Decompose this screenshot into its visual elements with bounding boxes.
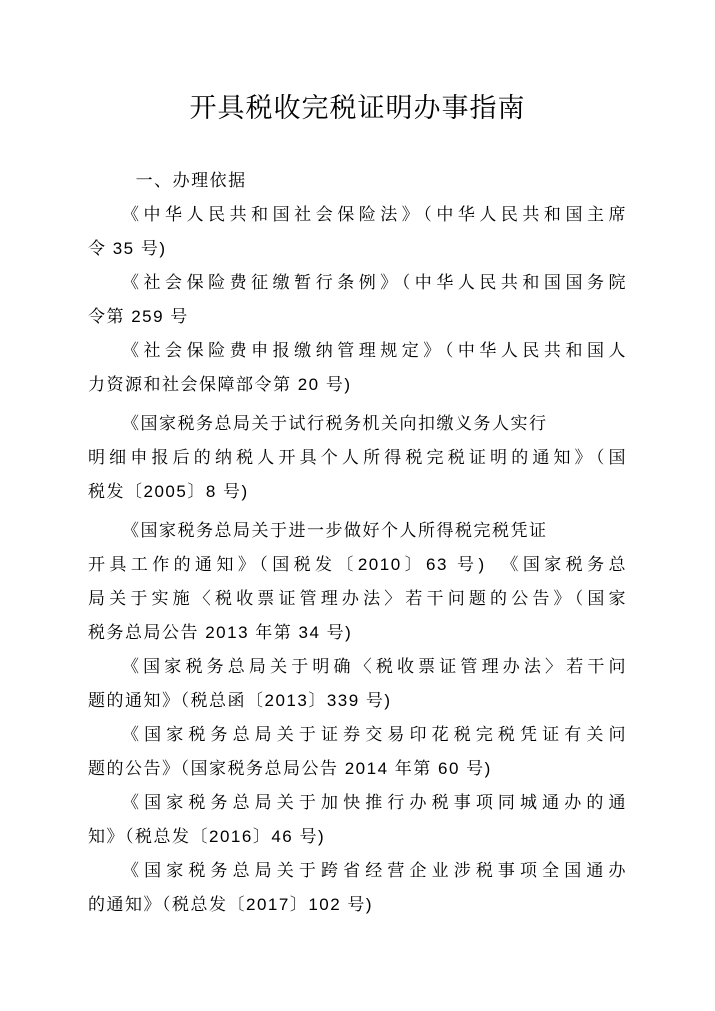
document-text-line: 开具工作的通知》（国税发〔2010〕63 号) 《国家税务总 [88, 548, 627, 582]
document-text-line: 的通知》（税总发〔2017〕102 号) [88, 888, 627, 922]
document-text-line: 《社会保险费征缴暂行条例》（中华人民共和国国务院 [88, 266, 627, 300]
document-text-line: 税务总局公告 2013 年第 34 号) [88, 616, 627, 650]
document-page: 开具税收完税证明办事指南 一、办理依据 《中华人民共和国社会保险法》（中华人民共… [0, 0, 715, 1011]
document-text-line: 《国家税务总局关于试行税务机关向扣缴义务人实行 [88, 407, 627, 441]
document-text-line: 令 35 号) [88, 232, 627, 266]
document-text-line: 税发〔2005〕8 号) [88, 475, 627, 509]
document-text-line: 明细申报后的纳税人开具个人所得税完税证明的通知》（国 [88, 441, 627, 475]
document-text-line: 《国家税务总局关于明确〈税收票证管理办法〉若干问 [88, 650, 627, 684]
document-text-line: 《国家税务总局关于进一步做好个人所得税完税凭证 [88, 514, 627, 548]
legal-basis-lines: 《中华人民共和国社会保险法》（中华人民共和国主席令 35 号)《社会保险费征缴暂… [88, 198, 627, 922]
document-body: 一、办理依据 《中华人民共和国社会保险法》（中华人民共和国主席令 35 号)《社… [88, 164, 627, 922]
document-text-line: 力资源和社会保障部令第 20 号) [88, 368, 627, 402]
document-text-line: 《社会保险费申报缴纳管理规定》（中华人民共和国人 [88, 334, 627, 368]
document-text-line: 《中华人民共和国社会保险法》（中华人民共和国主席 [88, 198, 627, 232]
document-text-line: 知》（税总发〔2016〕46 号) [88, 820, 627, 854]
document-text-line: 《国家税务总局关于加快推行办税事项同城通办的通 [88, 786, 627, 820]
section-heading: 一、办理依据 [88, 164, 627, 198]
document-text-line: 题的公告》（国家税务总局公告 2014 年第 60 号) [88, 752, 627, 786]
document-text-line: 题的通知》（税总函〔2013〕339 号) [88, 684, 627, 718]
document-title: 开具税收完税证明办事指南 [88, 0, 627, 128]
document-text-line: 令第 259 号 [88, 300, 627, 334]
document-text-line: 《国家税务总局关于证券交易印花税完税凭证有关问 [88, 718, 627, 752]
document-text-line: 《国家税务总局关于跨省经营企业涉税事项全国通办 [88, 854, 627, 888]
document-text-line: 局关于实施〈税收票证管理办法〉若干问题的公告》（国家 [88, 582, 627, 616]
